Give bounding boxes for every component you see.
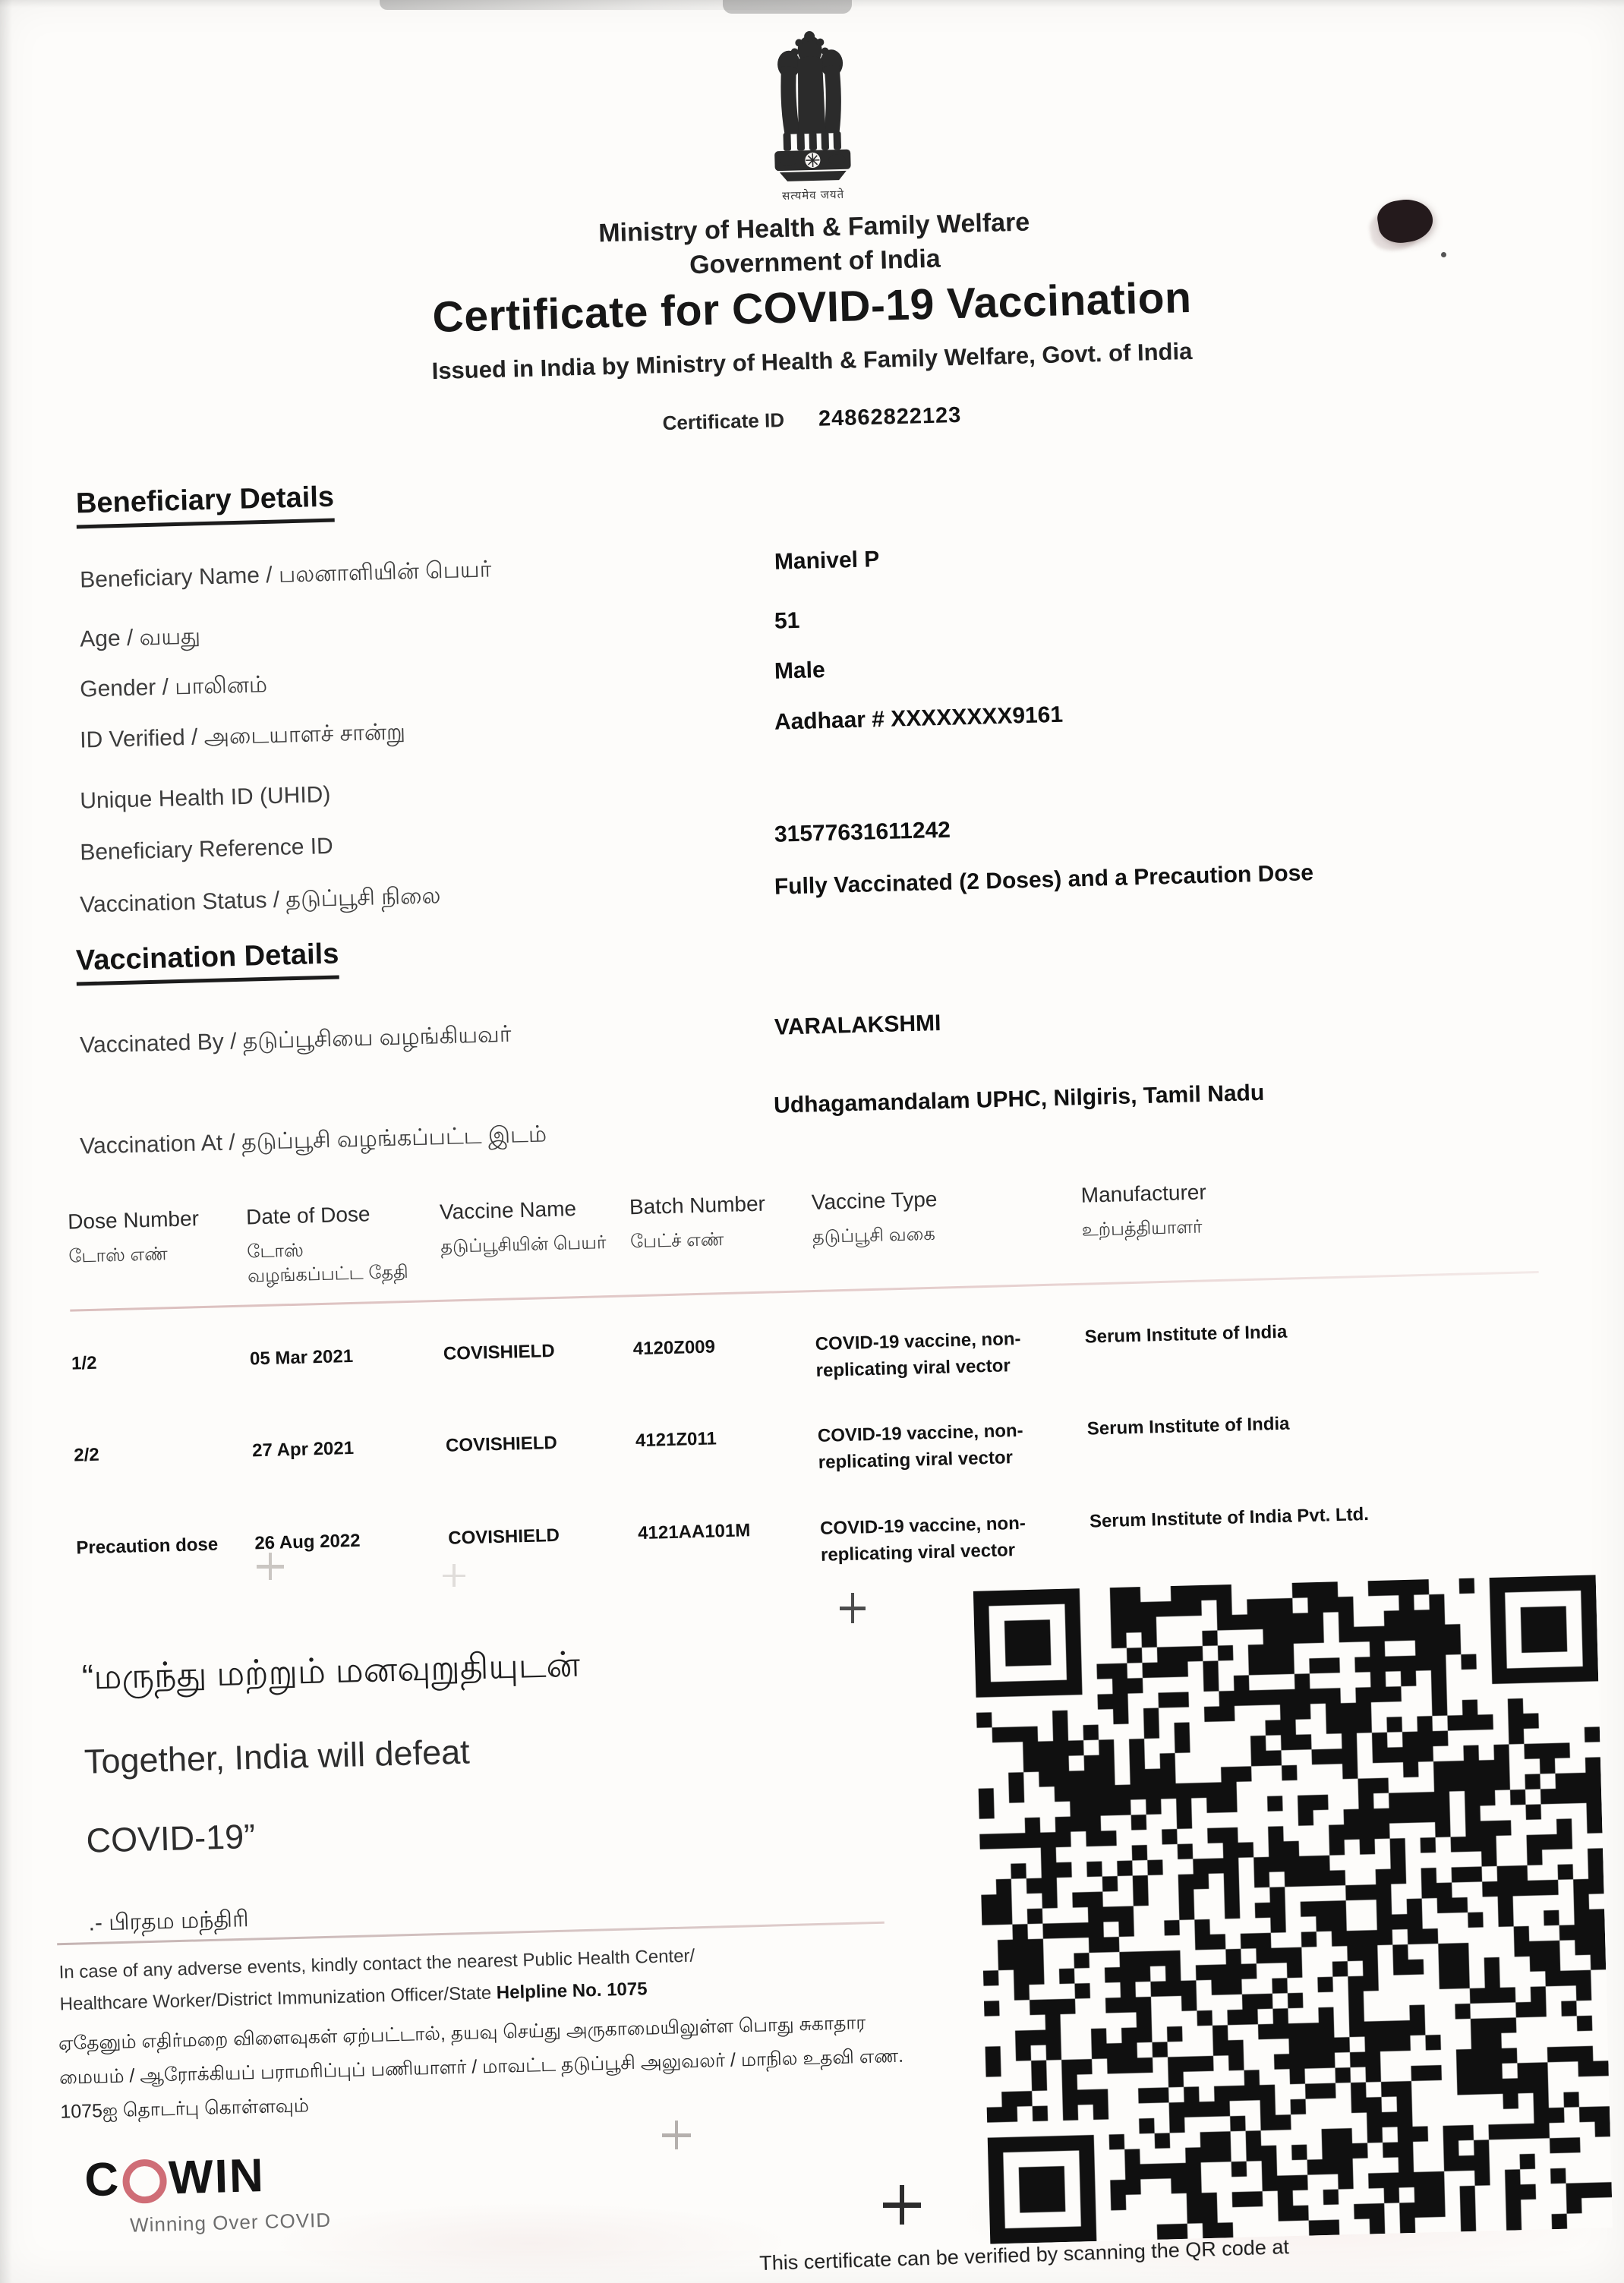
cowin-ring-icon (122, 2158, 167, 2203)
field-value: 31577631611242 (774, 818, 951, 848)
column-header-vaccine-name: Vaccine Name தடுப்பூசியின் பெயர் (440, 1195, 632, 1284)
field-label: Beneficiary Name / பலனாளியின் பெயர் (80, 550, 775, 597)
table-cell: 4121AA101M (638, 1516, 821, 1574)
field-row-vaccination-at: Vaccination At / தடுப்பூசி வழங்கப்பட்ட இ… (80, 1095, 1568, 1162)
quote-english-line2: COVID-19” (86, 1800, 884, 1860)
certificate-id-value: 24862822123 (818, 403, 962, 432)
certificate-id-label: Certificate ID (662, 408, 784, 435)
table-cell: COVISHIELD (448, 1521, 639, 1578)
registration-cross-icon (662, 2121, 691, 2149)
table-cell: 1/2 (71, 1346, 251, 1404)
quote-tamil: “மருந்து மற்றும் மனவுறுதியுடன் (81, 1635, 879, 1702)
table-cell: COVISHIELD (446, 1429, 637, 1487)
table-cell: COVID-19 vaccine, non-replicating viral … (815, 1324, 1086, 1384)
cowin-letter-c: C (84, 2152, 121, 2207)
adverse-note-line1: In case of any adverse events, kindly co… (58, 1946, 695, 1983)
section-vaccination-details: Vaccination Details (75, 938, 339, 977)
field-row-reference-id: Beneficiary Reference ID 31577631611242 (80, 801, 1568, 866)
cowin-tagline: Winning Over COVID (130, 2209, 332, 2237)
field-value: Manivel P (774, 547, 880, 575)
adverse-note-line2: Healthcare Worker/District Immunization … (59, 1982, 497, 2014)
table-cell: Precaution dose (76, 1531, 256, 1588)
field-label: Beneficiary Reference ID (80, 822, 775, 866)
table-row-dose-2: 2/2 27 Apr 2021 COVISHIELD 4121Z011 COVI… (74, 1405, 1559, 1496)
section-beneficiary-details: Beneficiary Details (75, 481, 334, 521)
dose-table: Dose Number டோஸ் எண் Date of Dose டோஸ் வ… (68, 1171, 1561, 1588)
table-cell: COVID-19 vaccine, non-replicating viral … (818, 1417, 1089, 1477)
field-label: Age / வயது (80, 609, 775, 656)
quote-english-line1: Together, India will defeat (84, 1721, 881, 1781)
field-label: Vaccination At / தடுப்பூசி வழங்கப்பட்ட இ… (80, 1116, 775, 1163)
field-label: Vaccination Status / தடுப்பூசி நிலை (80, 875, 775, 922)
field-value: 51 (774, 608, 800, 635)
table-cell: COVISHIELD (443, 1336, 635, 1394)
adverse-events-note-tamil: ஏதேனும் எதிர்மறை விளைவுகள் ஏற்பட்டால், த… (58, 2004, 918, 2130)
field-label: Unique Health ID (UHID) (80, 771, 775, 815)
qr-code (973, 1575, 1613, 2244)
column-header-manufacturer: Manufacturer உற்பத்தியாளர் (1080, 1171, 1553, 1267)
vaccination-certificate-page: सत्यमेव जयते Ministry of Health & Family… (0, 0, 1624, 2283)
scan-smudge (723, 0, 852, 14)
table-cell: 05 Mar 2021 (250, 1342, 445, 1399)
helpline-number: Helpline No. 1075 (496, 1979, 647, 2003)
field-label: Gender / பாலினம் (80, 659, 775, 706)
field-row-vaccinated-by: Vaccinated By / தடுப்பூசியை வழங்கியவர் V… (80, 994, 1568, 1061)
certificate-id-row: Certificate ID 24862822123 (0, 386, 1624, 453)
field-value: Male (774, 657, 826, 685)
field-label: ID Verified / அடையாளச் சான்று (80, 710, 775, 757)
column-header-batch-number: Batch Number பேட்ச் எண் (629, 1190, 814, 1279)
field-row-beneficiary-name: Beneficiary Name / பலனாளியின் பெயர் Mani… (80, 528, 1568, 596)
field-value: Aadhaar # XXXXXXXX9161 (774, 702, 1064, 736)
table-row-dose-1: 1/2 05 Mar 2021 COVISHIELD 4120Z009 COVI… (71, 1312, 1556, 1404)
pm-quote: “மருந்து மற்றும் மனவுறுதியுடன் Together,… (81, 1635, 885, 1939)
column-header-vaccine-type: Vaccine Type தடுப்பூசி வகை (811, 1184, 1083, 1275)
table-cell: 2/2 (74, 1439, 254, 1496)
section-title: Vaccination Details (75, 938, 339, 985)
table-cell: Serum Institute of India (1086, 1405, 1559, 1470)
table-cell: COVID-19 vaccine, non-replicating viral … (820, 1509, 1091, 1569)
column-header-dose-number: Dose Number டோஸ் எண் (68, 1206, 248, 1294)
field-row-uhid: Unique Health ID (UHID) (80, 749, 1568, 814)
registration-cross-icon (840, 1593, 866, 1623)
table-cell: Serum Institute of India Pvt. Ltd. (1089, 1496, 1562, 1562)
field-value: Fully Vaccinated (2 Doses) and a Precaut… (774, 860, 1314, 900)
column-header-date-of-dose: Date of Dose டோஸ் வழங்கப்பட்ட தேதி (246, 1200, 442, 1289)
table-cell: 27 Apr 2021 (252, 1433, 447, 1491)
cowin-logo: CWIN Winning Over COVID (84, 2147, 332, 2238)
field-value: VARALAKSHMI (774, 1011, 941, 1041)
scan-stain (266, 2202, 797, 2283)
table-cell: Serum Institute of India (1084, 1312, 1556, 1377)
field-row-vaccination-status: Vaccination Status / தடுப்பூசி நிலை Full… (80, 853, 1568, 921)
certificate-header: सत्यमेव जयते Ministry of Health & Family… (0, 0, 1624, 298)
table-cell: 26 Aug 2022 (254, 1526, 449, 1584)
section-title: Beneficiary Details (75, 481, 334, 529)
field-label: Vaccinated By / தடுப்பூசியை வழங்கியவர் (80, 1015, 775, 1062)
table-cell: 4120Z009 (632, 1332, 816, 1389)
field-value: Udhagamandalam UPHC, Nilgiris, Tamil Nad… (774, 1080, 1265, 1119)
cowin-letters-win: WIN (168, 2149, 265, 2205)
registration-cross-icon (883, 2185, 921, 2225)
table-row-precaution-dose: Precaution dose 26 Aug 2022 COVISHIELD 4… (76, 1496, 1561, 1588)
emblem-of-india (762, 18, 860, 186)
table-cell: 4121Z011 (635, 1424, 819, 1481)
